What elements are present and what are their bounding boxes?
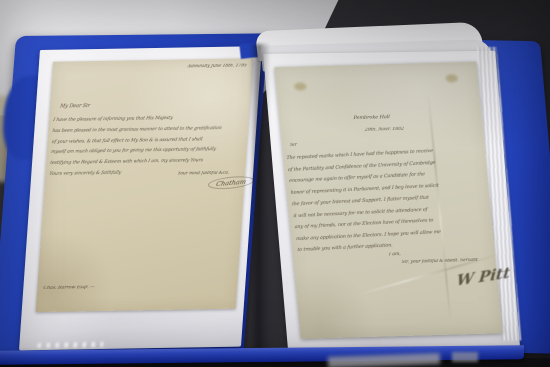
sleeve-reflection: [37, 342, 104, 348]
letter-left-dateline: Admiralty June 18th. 1795: [154, 63, 247, 70]
letter-left-addressee: Chas. Barrow Esqr. —: [43, 284, 140, 291]
letter-right-body: The repeated marks which I have had the …: [286, 143, 502, 256]
foreground-highlight: [452, 352, 478, 362]
letter-right-valediction: I am,: [389, 252, 401, 257]
foxing-spot: [294, 82, 307, 90]
binder-gutter-shadow: [250, 44, 270, 350]
letter-right-dateline-date: 29th. Novr. 1802: [365, 126, 429, 133]
letter-left: Admiralty June 18th. 1795 My Dear Sir I …: [36, 58, 253, 312]
album-page-right: Pembroke Hall 29th. Novr. 1802 Sir The r…: [262, 37, 520, 350]
letter-right-dateline-place: Pembroke Hall: [353, 113, 425, 121]
album-page-left: Admiralty June 18th. 1795 My Dear Sir I …: [19, 46, 262, 350]
letter-right: Pembroke Hall 29th. Novr. 1802 Sir The r…: [274, 62, 502, 339]
letter-right-closing: Sir, your faithful & obedt. Servant: [402, 257, 508, 265]
foxing-spot: [445, 74, 458, 82]
letter-left-salutation: My Dear Sir: [59, 103, 90, 110]
letter-right-salutation: Sir: [290, 143, 297, 148]
photo-open-letter-binder: Admiralty June 18th. 1795 My Dear Sir I …: [0, 0, 550, 367]
